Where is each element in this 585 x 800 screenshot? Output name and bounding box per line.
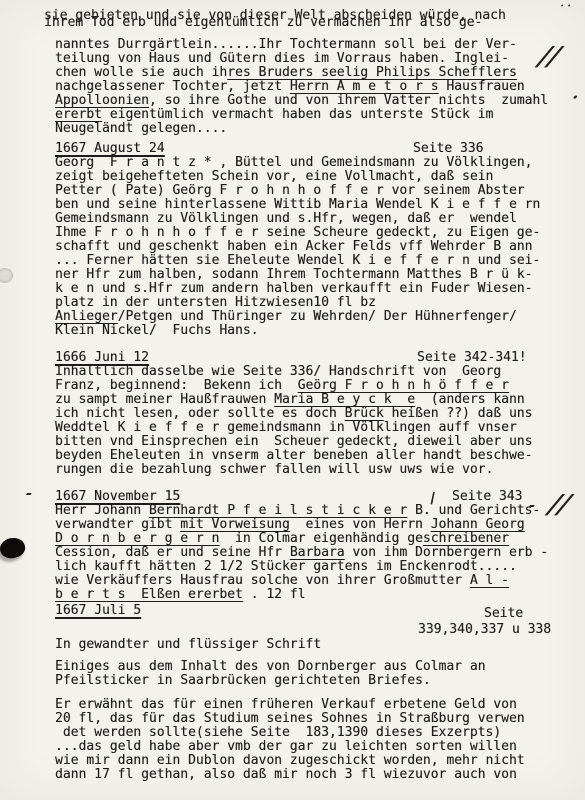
text-segment: Gemeindsmann zu Völklingen und s.Hfr, we… (55, 211, 517, 226)
text-line: In gewandter und flüssiger Schrift (55, 638, 585, 652)
text-segment: Brück (345, 406, 384, 421)
paragraph: Er erwähnt das für einen früheren Verkau… (0, 698, 585, 782)
text-line: ...das geld habe aber vmb der gar zu lei… (55, 740, 585, 754)
text-segment: In gewandter und flüssiger Schrift (55, 637, 321, 652)
text-segment: teilung von Haus und Gütern dies im Vorr… (55, 51, 509, 66)
text-segment: b e r t s Elßen ererbet (55, 587, 243, 602)
text-segment: wie mir dann ein Dublon davon zugeschick… (55, 753, 525, 768)
text-segment: . 12 fl (243, 587, 306, 602)
text-line: Einiges aus dem Inhalt des von Dornberge… (55, 660, 585, 674)
text-line: Gemeindsmann zu Völklingen und s.Hfr, we… (55, 212, 585, 226)
text-line: ner Hfr zum halben, sodann Ihrem Tochter… (55, 268, 585, 282)
entry-heading: 1667 August 24 (55, 142, 585, 156)
text-line: Er erwähnt das für einen früheren Verkau… (55, 698, 585, 712)
text-segment: (anders kann (415, 392, 525, 407)
text-segment: Neugeländt gelegen.... (55, 121, 227, 136)
text-line: bitten vnd Einsprechen ein Scheuer gedec… (55, 435, 585, 449)
text-segment: Petter ( Pate) Geörg F r o h n h o f f e… (55, 183, 525, 198)
text-line: zeigt beigehefteten Schein vor, eine Vol… (55, 170, 585, 184)
text-segment: schreibener (423, 531, 509, 546)
text-segment: schafft und geschenkt haben ein Acker Fe… (55, 239, 532, 254)
page-reference: Seite 343 (452, 490, 522, 504)
text-segment: Anlieger (55, 309, 118, 324)
text-segment: ererbt (55, 107, 102, 122)
text-segment: , so ihre Gothe und von ihrem Vatter nic… (149, 93, 548, 108)
text-segment: Weddtel K i e f f e r gemeindsmann in Vö… (55, 420, 517, 435)
text-segment: Johann Georg (431, 517, 525, 532)
register-entry: 1667 Juli 5Seite339,340,337 u 338 (0, 604, 585, 618)
text-line: rungen die bezahlung schwer fallen will … (55, 463, 585, 477)
text-line: ich nicht lesen, oder sollte es doch Brü… (55, 407, 585, 421)
text-segment: /Petgen und Thüringer zu Wehrden/ Der Hü… (118, 309, 517, 324)
text-segment: Einiges aus dem Inhalt des von Dornberge… (55, 659, 485, 674)
text-line: Petter ( Pate) Geörg F r o h n h o f f e… (55, 184, 585, 198)
text-segment: Herrn A m e t o r s (290, 79, 439, 94)
text-segment: ihrem Tod erb und eigentümlich zu vermac… (44, 15, 482, 30)
text-line: D o r n b e r g e r n in Colmar eigenhän… (55, 532, 585, 546)
text-line: nachgelassener Tochter, jetzt Herrn A m … (55, 80, 585, 94)
text-segment: Er erwähnt das für einen früheren Verkau… (55, 697, 517, 712)
text-line: wie mir dann ein Dublon davon zugeschick… (55, 754, 585, 768)
text-line: b e r t s Elßen ererbet . 12 fl (55, 588, 585, 602)
text-line: ihrem Tod erb und eigentümlich zu vermac… (44, 16, 585, 30)
text-segment: beyden Eheleuten in vnserm alter beneben… (55, 448, 532, 463)
paragraph: nanntes Durrgärtlein......Ihr Tochterman… (0, 38, 585, 136)
register-entry: 1667 November 15Seite 343Herr Johann Ber… (0, 490, 585, 602)
text-line: Inhaltlich dasselbe wie Seite 336/ Hands… (55, 365, 585, 379)
text-line: platz in der untersten Hitzwiesen10 fl b… (55, 296, 585, 310)
text-segment: Inhaltlich dasselbe wie Seite 336/ Hands… (55, 364, 501, 379)
text-segment: 20 fl, das für das Studium seines Sohnes… (55, 711, 525, 726)
text-segment: Hausfrauen (439, 79, 525, 94)
text-segment: eigentümlich vermacht haben das unterste… (102, 107, 493, 122)
text-line: Anlieger/Petgen und Thüringer zu Wehrden… (55, 310, 585, 324)
text-segment: lich kaufft hätten 2 1/2 Stücker gartens… (55, 559, 517, 574)
register-entry: 1667 August 24Seite 336Georg F r a n t z… (0, 142, 585, 338)
text-segment: wie Verkäuffers Hausfrau solche von ihre… (55, 573, 470, 588)
text-segment: dann 17 fl gethan, also daß mir noch 3 f… (55, 767, 517, 782)
page-reference: Seite (484, 607, 523, 621)
text-line: Neugeländt gelegen.... (55, 122, 585, 136)
text-segment: in Colmar eigenhändig ge (219, 531, 423, 546)
text-segment: Klein Nickel/ Fuchs Hans. (55, 323, 259, 338)
text-segment: chen wolle sie auch ih (55, 65, 227, 80)
text-line: Herr Johann Bernhardt P f e i l s t i c … (55, 504, 585, 518)
text-segment: zeigt beigehefteten Schein vor, eine Vol… (55, 169, 493, 184)
text-line: wie Verkäuffers Hausfrau solche von ihre… (55, 574, 585, 588)
text-segment: Franz, beginnend: Bekenn ich (55, 378, 298, 393)
text-segment: platz in der untersten Hitzwiesen10 fl b… (55, 295, 376, 310)
text-segment: Ihme F r o h n h o f f e r seine Scheure… (55, 225, 540, 240)
text-segment: verwandter gibt (55, 517, 180, 532)
text-segment: eines von Herrn (290, 517, 431, 532)
text-segment: Barbara (290, 545, 345, 560)
text-segment: Herr Johann (55, 503, 149, 518)
entry-date: 1667 Juli 5 (55, 603, 141, 618)
paragraph: In gewandter und flüssiger Schrift (0, 638, 585, 652)
text-segment: D o r n b e r g e r n (55, 531, 219, 546)
text-segment: nanntes Durrgärtlein......Ihr Tochterman… (55, 37, 517, 52)
text-line: Franz, beginnend: Bekenn ich Geörg F r o… (55, 379, 585, 393)
text-segment: ich nicht lesen, oder sollte es doch (55, 406, 345, 421)
text-line: det werden sollte(siehe Seite 183,1390 d… (55, 726, 585, 740)
text-line: zu sampt meiner Haußfrauwen Maria B e y … (55, 393, 585, 407)
text-line: beyden Eheleuten in vnserm alter beneben… (55, 449, 585, 463)
text-line: ... Ferner hätten sie Eheleute Wendel K … (55, 254, 585, 268)
text-line: 20 fl, das für das Studium seines Sohnes… (55, 712, 585, 726)
text-segment: ...das geld habe aber vmb der gar zu lei… (55, 739, 517, 754)
text-segment: Pfeilsticker in Saarbrücken gerichteten … (55, 673, 431, 688)
page-reference: Seite 336 (413, 142, 483, 156)
text-segment: Maria B e y c k e (274, 392, 415, 407)
paragraph: ihrem Tod erb und eigentümlich zu vermac… (0, 16, 585, 30)
text-line: Klein Nickel/ Fuchs Hans. (55, 324, 585, 338)
text-line: Weddtel K i e f f e r gemeindsmann in Vö… (55, 421, 585, 435)
text-line: lich kaufft hätten 2 1/2 Stücker gartens… (55, 560, 585, 574)
text-line: schafft und geschenkt haben ein Acker Fe… (55, 240, 585, 254)
text-line: Pfeilsticker in Saarbrücken gerichteten … (55, 674, 585, 688)
register-entry: 1666 Juni 12Seite 342-341!Inhaltlich das… (0, 351, 585, 477)
text-segment: rungen die bezahlung schwer fallen will … (55, 462, 493, 477)
document-page: sie gebieten und sie von dieser Welt abs… (0, 0, 585, 800)
text-segment: nachgelassener Tochter, jetzt (55, 79, 290, 94)
text-segment: Cession, daß er und seine Hfr (55, 545, 290, 560)
text-segment: det werden sollte(siehe Seite 183,1390 d… (55, 725, 501, 740)
text-segment: res Bruders seelig Philips Schefflers (227, 65, 517, 80)
text-segment: Appolloonien (55, 93, 149, 108)
text-line: Ihme F r o h n h o f f e r seine Scheure… (55, 226, 585, 240)
text-segment: Georg F r a n t z * , Büttel und Gemeind… (55, 155, 532, 170)
entry-date: 1667 November 15 (55, 489, 180, 504)
paragraph: Einiges aus dem Inhalt des von Dornberge… (0, 660, 585, 688)
entry-date: 1667 August 24 (55, 141, 165, 156)
text-segment: Bernhardt P f e i l s t i c k e r (149, 503, 407, 518)
page-reference: 339,340,337 u 338 (418, 623, 551, 637)
text-segment: von ihm Dornbergern erb - (345, 545, 549, 560)
text-line: k e n und s.Hfr zum andern halben verkau… (55, 282, 585, 296)
text-line: ben und seine hinterlassene Wittib Maria… (55, 198, 585, 212)
text-line: Appolloonien, so ihre Gothe und von ihre… (55, 94, 585, 108)
text-segment: heißen ??) daß uns (384, 406, 533, 421)
text-segment: bitten vnd Einsprechen ein Scheuer gedec… (55, 434, 532, 449)
text-segment: ... Ferner hätten sie Eheleute Wendel K … (55, 253, 540, 268)
text-line: verwandter gibt mit Vorweisung eines von… (55, 518, 585, 532)
text-segment: zu sampt meiner Haußfrauwen (55, 392, 274, 407)
text-line: ererbt eigentümlich vermacht haben das u… (55, 108, 585, 122)
text-segment: ner Hfr zum halben, sodann Ihrem Tochter… (55, 267, 532, 282)
text-segment: k e n und s.Hfr zum andern halben verkau… (55, 281, 532, 296)
text-line: chen wolle sie auch ihres Bruders seelig… (55, 66, 585, 80)
text-segment: Geörg F r o h n h ö f f e r (298, 378, 509, 393)
text-segment: A l - (470, 573, 509, 588)
entry-date: 1666 Juni 12 (55, 350, 149, 365)
text-line: teilung von Haus und Gütern dies im Vorr… (55, 52, 585, 66)
text-line: Cession, daß er und seine Hfr Barbara vo… (55, 546, 585, 560)
page-reference: Seite 342-341! (417, 351, 527, 365)
text-line: nanntes Durrgärtlein......Ihr Tochterman… (55, 38, 585, 52)
text-segment: ben und seine hinterlassene Wittib Maria… (55, 197, 540, 212)
text-line: Georg F r a n t z * , Büttel und Gemeind… (55, 156, 585, 170)
text-segment: mit Vorweisung (180, 517, 290, 532)
text-line: dann 17 fl gethan, also daß mir noch 3 f… (55, 768, 585, 782)
